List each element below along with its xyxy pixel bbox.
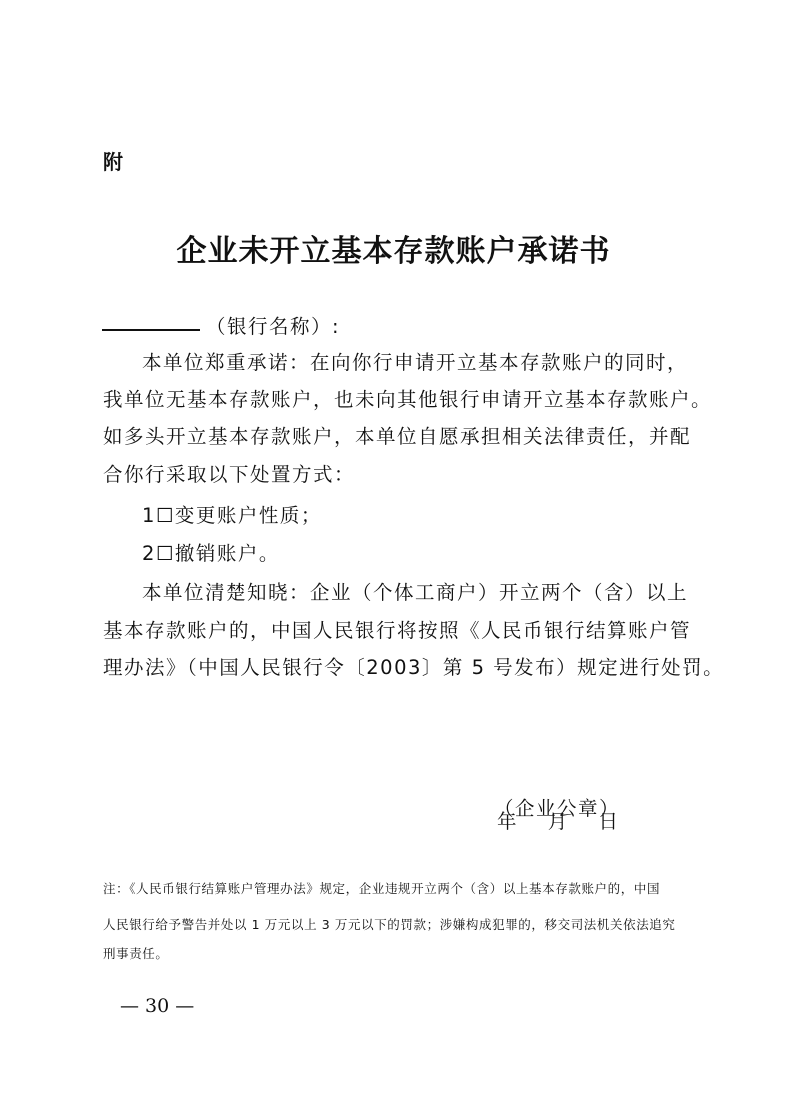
paragraph-line: 基本存款账户的，中国人民银行将按照《人民币银行结算账户管 [103,615,691,643]
paragraph-line: 我单位无基本存款账户，也未向其他银行申请开立基本存款账户。 [103,384,712,412]
footnote-line: 刑事责任。 [103,944,169,962]
paragraph-line: 本单位郑重承诺：在向你行申请开立基本存款账户的同时， [142,347,688,375]
paragraph-line: 合你行采取以下处置方式： [103,459,355,487]
signature-date: 年 月 日 [497,806,641,834]
option-change-account: 1☐变更账户性质； [142,500,322,528]
day-label: 日 [598,806,619,834]
paragraph-line: 本单位清楚知晓：企业（个体工商户）开立两个（含）以上 [142,577,688,605]
page-number: — 30 — [120,995,194,1017]
month-label: 月 [548,806,569,834]
addressee-label: （银行名称）: [206,311,340,339]
option-label: 撤销账户。 [175,542,280,565]
option-label: 变更账户性质； [175,504,322,527]
footnote-line: 人民银行给予警告并处以 1 万元以上 3 万元以下的罚款；涉嫌构成犯罪的，移交司… [103,915,676,933]
option-close-account: 2☐撤销账户。 [142,538,280,566]
paragraph-line: 如多头开立基本存款账户，本单位自愿承担相关法律责任，并配 [103,421,691,449]
attachment-label: 附 [103,146,123,175]
bank-name-blank[interactable] [102,329,200,331]
footnote-line: 注：《人民币银行结算账户管理办法》规定，企业违规开立两个（含）以上基本存款账户的… [103,879,660,897]
checkbox-icon[interactable]: ☐ [156,504,175,527]
option-number: 2 [142,542,156,565]
option-number: 1 [142,504,156,527]
year-label: 年 [497,806,518,834]
checkbox-icon[interactable]: ☐ [156,542,175,565]
paragraph-line: 理办法》（中国人民银行令〔2003〕第 5 号发布）规定进行处罚。 [103,652,724,680]
document-title: 企业未开立基本存款账户承诺书 [0,226,787,270]
